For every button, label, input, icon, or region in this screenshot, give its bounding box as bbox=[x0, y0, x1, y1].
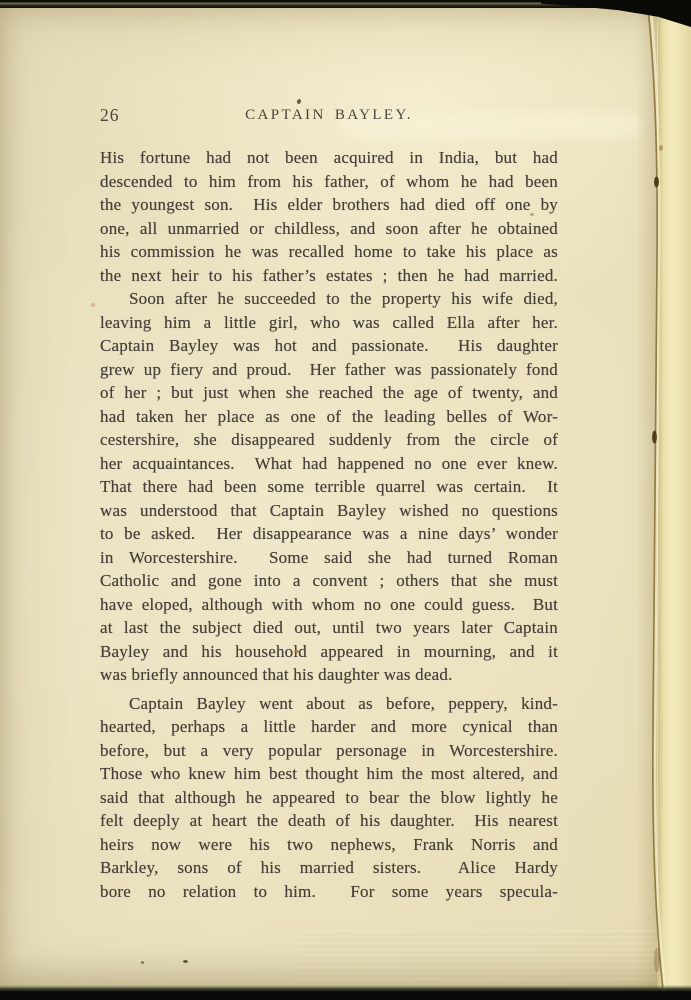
text-line: descended to him from his father, of who… bbox=[100, 170, 558, 194]
text-line: heirs now were his two nephews, Frank No… bbox=[100, 833, 558, 857]
text-line: Captain Bayley was hot and passionate. H… bbox=[100, 334, 558, 358]
paper-speck bbox=[294, 650, 299, 653]
body-text: His fortune had not been acquired in Ind… bbox=[100, 146, 558, 903]
book-scan: 26 CAPTAIN BAYLEY. His fortune had not b… bbox=[0, 0, 691, 1000]
text-line: grew up fiery and proud. Her father was … bbox=[100, 358, 558, 382]
text-line: was understood that Captain Bayley wishe… bbox=[100, 499, 558, 523]
text-line: have eloped, although with whom no one c… bbox=[100, 593, 558, 617]
paper-speck bbox=[91, 303, 95, 307]
text-line: one, all unmarried or childless, and soo… bbox=[100, 217, 558, 241]
text-line: bore no relation to him. For some years … bbox=[100, 880, 558, 904]
paragraph: Soon after he succeeded to the property … bbox=[100, 287, 558, 687]
text-line: the youngest son. His elder brothers had… bbox=[100, 193, 558, 217]
text-line: hearted, perhaps a little harder and mor… bbox=[100, 715, 558, 739]
text-line: Captain Bayley went about as before, pep… bbox=[100, 692, 558, 716]
text-line: at last the subject died out, until two … bbox=[100, 616, 558, 640]
text-line: before, but a very popular personage in … bbox=[100, 739, 558, 763]
paragraph: His fortune had not been acquired in Ind… bbox=[100, 146, 558, 287]
running-header: CAPTAIN BAYLEY. bbox=[100, 105, 558, 124]
text-line: her acquaintances. What had happened no … bbox=[100, 452, 558, 476]
text-line: said that although he appeared to bear t… bbox=[100, 786, 558, 810]
text-line: cestershire, she disappeared suddenly fr… bbox=[100, 428, 558, 452]
text-line: was briefly announced that his daughter … bbox=[100, 663, 558, 687]
paper-speck bbox=[141, 961, 144, 964]
text-line: of her ; but just when she reached the a… bbox=[100, 381, 558, 405]
paper-speck bbox=[183, 960, 188, 963]
text-line: Catholic and gone into a convent ; other… bbox=[100, 569, 558, 593]
text-line: to be asked. Her disappearance was a nin… bbox=[100, 522, 558, 546]
text-line: felt deeply at heart the death of his da… bbox=[100, 809, 558, 833]
text-line: Barkley, sons of his married sisters. Al… bbox=[100, 856, 558, 880]
text-line: in Worcestershire. Some said she had tur… bbox=[100, 546, 558, 570]
paper-speck bbox=[530, 213, 534, 216]
text-line: his commission he was recalled home to t… bbox=[100, 240, 558, 264]
text-line: Those who knew him best thought him the … bbox=[100, 762, 558, 786]
text-line: Soon after he succeeded to the property … bbox=[100, 287, 558, 311]
text-line: Bayley and his household appeared in mou… bbox=[100, 640, 558, 664]
text-line: That there had been some terrible quarre… bbox=[100, 475, 558, 499]
text-line: His fortune had not been acquired in Ind… bbox=[100, 146, 558, 170]
paragraph: Captain Bayley went about as before, pep… bbox=[100, 692, 558, 904]
text-line: the next heir to his father’s estates ; … bbox=[100, 264, 558, 288]
page-header: 26 CAPTAIN BAYLEY. bbox=[100, 105, 558, 127]
text-line: leaving him a little girl, who was calle… bbox=[100, 311, 558, 335]
page-number: 26 bbox=[100, 105, 120, 126]
book-bottom-edge bbox=[0, 985, 691, 1000]
text-line: had taken her place as one of the leadin… bbox=[100, 405, 558, 429]
